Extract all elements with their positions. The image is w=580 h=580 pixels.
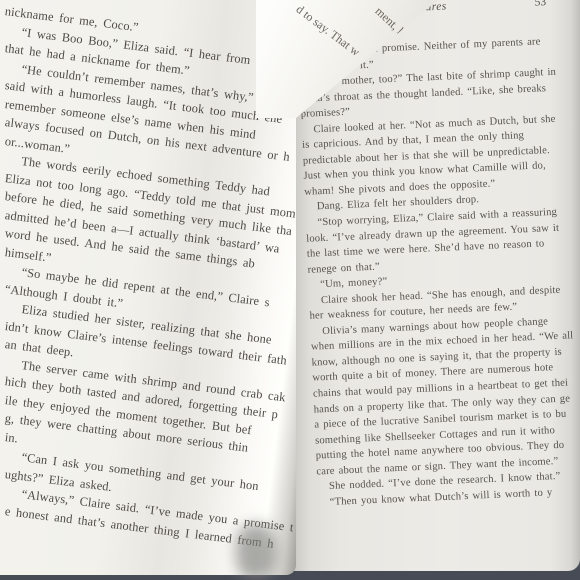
header-spacer <box>508 6 534 7</box>
right-page-body: examples. Keep a promise. Neither of my … <box>298 33 580 511</box>
left-page-body: nickname for me, Coco.” “I was Boo Boo,”… <box>5 2 296 520</box>
curl-text-fragment: d to say. That w <box>293 2 363 60</box>
left-page: nickname for me, Coco.” “I was Boo Boo,”… <box>0 0 296 575</box>
book-photo: Sanibel Treasures 53 examples. Keep a pr… <box>0 0 580 580</box>
page-number: 53 <box>534 0 574 9</box>
gutter-shadow <box>236 524 276 580</box>
